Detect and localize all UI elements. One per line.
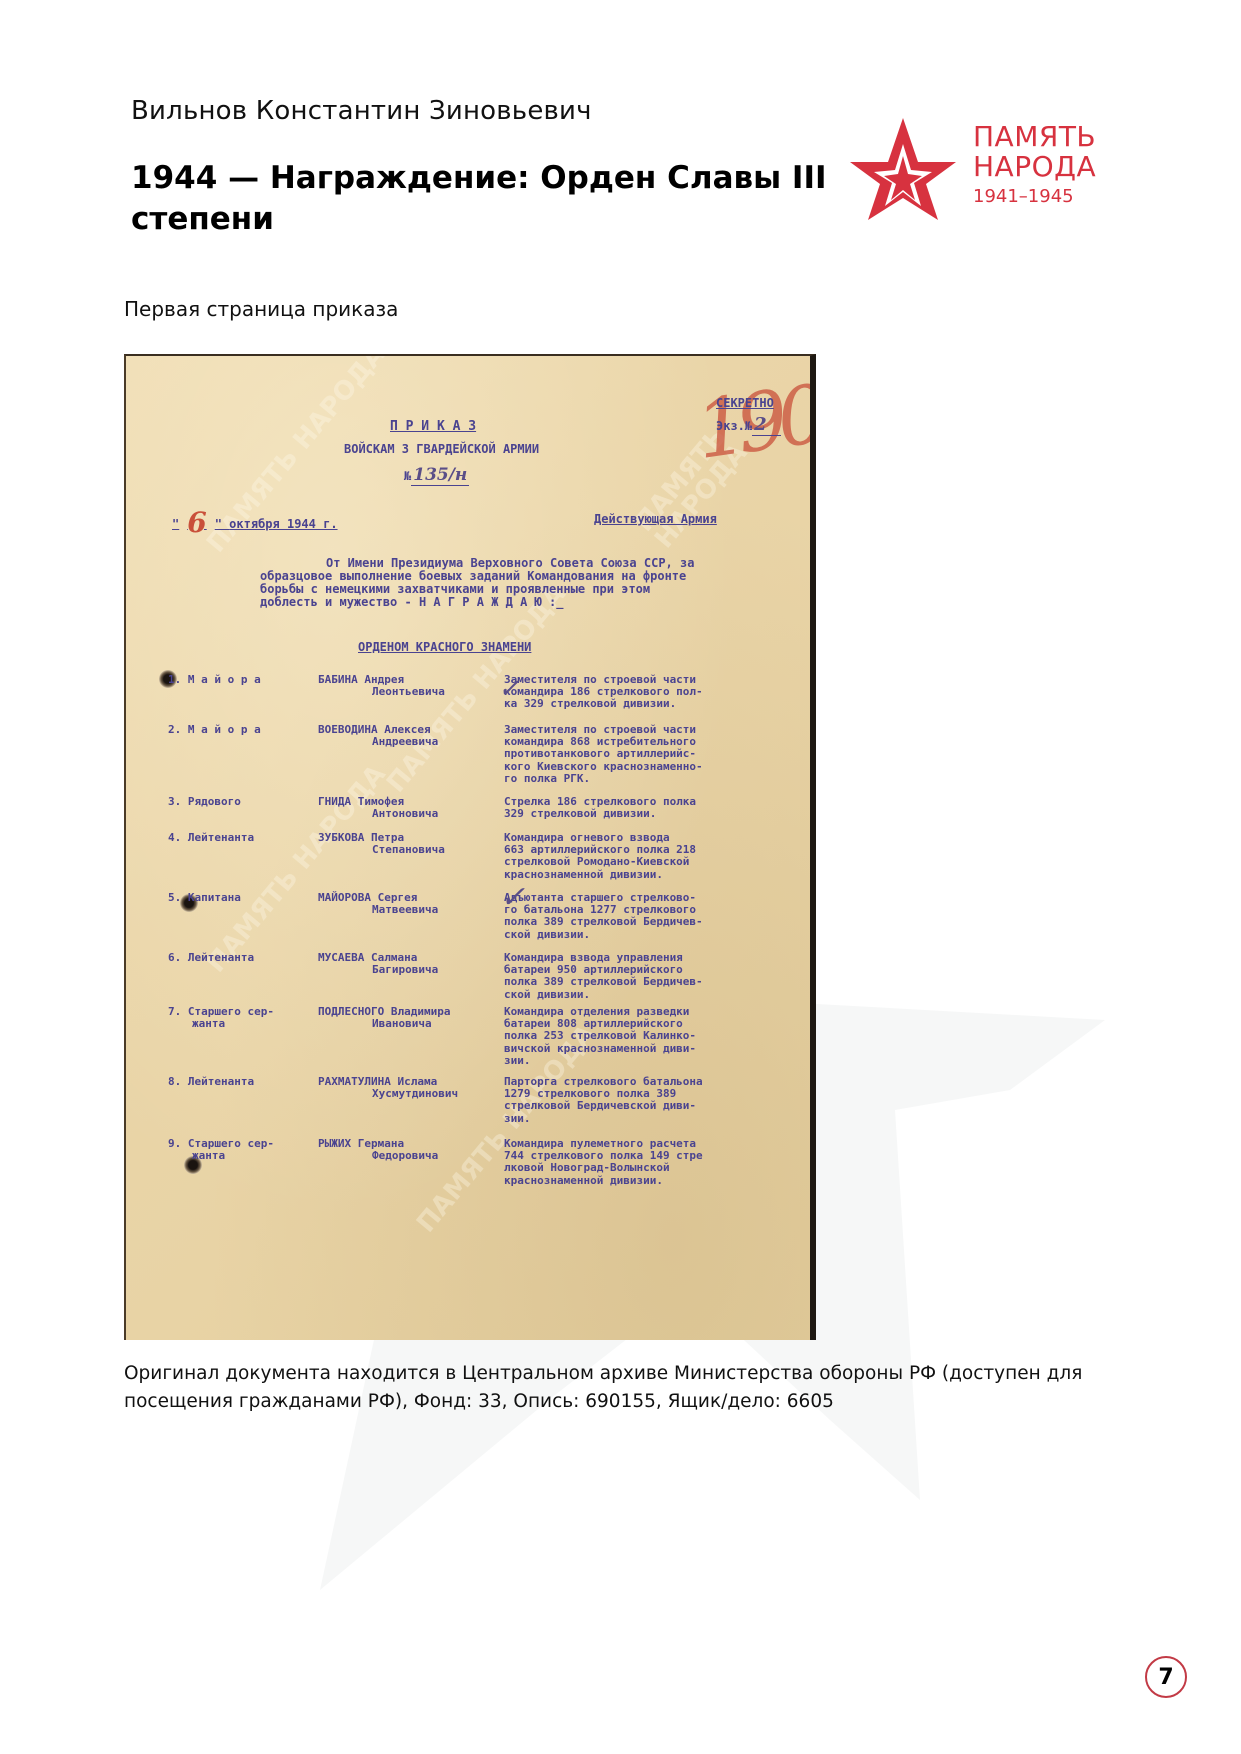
order-location: Действующая Армия <box>594 512 717 526</box>
logo-line-2: НАРОДА <box>973 152 1096 182</box>
entry-patronymic: Багировича <box>372 964 438 976</box>
entry-rank: жанта <box>192 1018 225 1030</box>
red-star-icon <box>848 116 958 220</box>
entry-position: стрелковой Ромодано-Киевской <box>504 856 689 868</box>
preamble-line-4: доблесть и мужество - Н А Г Р А Ж Д А Ю … <box>260 595 563 609</box>
logo-line-1: ПАМЯТЬ <box>973 122 1096 152</box>
entry-rank: 2. М а й о р а <box>168 724 261 736</box>
scan-watermark: ПАМЯТЬ НАРОДА <box>203 761 390 977</box>
entry-position: краснознаменной дивизии. <box>504 1175 663 1187</box>
order-date: "6" октября 1944 г. <box>172 512 338 531</box>
copy-number-label: Экз.№2 <box>716 418 781 433</box>
entry-position: вичской краснознаменной диви- <box>504 1043 696 1055</box>
page-number: 7 <box>1145 1656 1187 1698</box>
entry-patronymic: Степановича <box>372 844 445 856</box>
order-date-rest: октября 1944 г. <box>229 517 337 531</box>
entry-patronymic: Федоровича <box>372 1150 438 1162</box>
entry-position: полка 253 стрелковой Калинко- <box>504 1030 696 1042</box>
order-subtitle: ВОЙСКАМ 3 ГВАРДЕЙСКОЙ АРМИИ <box>344 442 539 456</box>
entry-position: го полка РГК. <box>504 773 590 785</box>
entry-position: ской дивизии. <box>504 929 590 941</box>
archive-source-note: Оригинал документа находится в Центральн… <box>124 1360 1124 1416</box>
order-title: П Р И К А З <box>390 420 476 434</box>
entry-rank: жанта <box>192 1150 225 1162</box>
entry-patronymic: Антоновича <box>372 808 438 820</box>
section-caption: Первая страница приказа <box>124 297 398 321</box>
order-number-value: 135/н <box>411 465 469 486</box>
preamble-line-2: образцовое выполнение боевых заданий Ком… <box>260 569 686 583</box>
check-mark: ✓ <box>500 880 525 915</box>
entry-position: 329 стрелковой дивизии. <box>504 808 656 820</box>
award-title: 1944 — Награждение: Орден Славы III степ… <box>131 158 831 240</box>
entry-rank: 5. Капитана <box>168 892 241 904</box>
pamyat-naroda-logo: ПАМЯТЬ НАРОДА 1941–1945 <box>848 116 1128 222</box>
entry-rank: 3. Рядового <box>168 796 241 808</box>
preamble-line-1: От Имени Президиума Верховного Совета Со… <box>326 556 694 570</box>
entry-rank: 8. Лейтенанта <box>168 1076 254 1088</box>
entry-position: краснознаменной дивизии. <box>504 869 663 881</box>
award-heading: ОРДЕНОМ КРАСНОГО ЗНАМЕНИ <box>358 640 531 654</box>
entry-position: полка 389 стрелковой Бердичев- <box>504 976 703 988</box>
entry-patronymic: Хусмутдинович <box>372 1088 458 1100</box>
entry-position: лковой Новоград-Волынской <box>504 1162 670 1174</box>
check-mark: ✓ <box>498 674 520 704</box>
entry-patronymic: Матвеевича <box>372 904 438 916</box>
entry-position: ка 329 стрелковой дивизии. <box>504 698 676 710</box>
document-scan-image: ПАМЯТЬ НАРОДА ПАМЯТЬ НАРОДА ПАМЯТЬ НАРОД… <box>124 354 816 1340</box>
order-date-day: 6 <box>179 506 214 539</box>
entry-position: полка 389 стрелковой Бердичев- <box>504 916 703 928</box>
order-number: №135/н <box>404 468 469 483</box>
logo-years: 1941–1945 <box>973 184 1096 210</box>
entry-position: противотанкового артиллерийс- <box>504 748 696 760</box>
entry-position: зии. <box>504 1113 531 1125</box>
secrecy-label: СЕКРЕТНО <box>716 396 774 410</box>
entry-position: ской дивизии. <box>504 989 590 1001</box>
entry-rank: 6. Лейтенанта <box>168 952 254 964</box>
logo-text: ПАМЯТЬ НАРОДА 1941–1945 <box>973 122 1096 210</box>
entry-patronymic: Леонтьевича <box>372 686 445 698</box>
preamble-line-3: борьбы с немецкими захватчиками и проявл… <box>260 582 650 596</box>
entry-patronymic: Андреевича <box>372 736 438 748</box>
entry-position: стрелковой Бердичевской диви- <box>504 1100 696 1112</box>
entry-position: зии. <box>504 1055 531 1067</box>
entry-rank: 1. М а й о р а <box>168 674 261 686</box>
copy-label: Экз.№ <box>716 419 752 433</box>
entry-patronymic: Ивановича <box>372 1018 432 1030</box>
person-name: Вильнов Константин Зиновьевич <box>131 96 592 126</box>
entry-rank: 4. Лейтенанта <box>168 832 254 844</box>
entry-position: кого Киевского краснознаменно- <box>504 761 703 773</box>
copy-number: 2 <box>752 414 781 436</box>
